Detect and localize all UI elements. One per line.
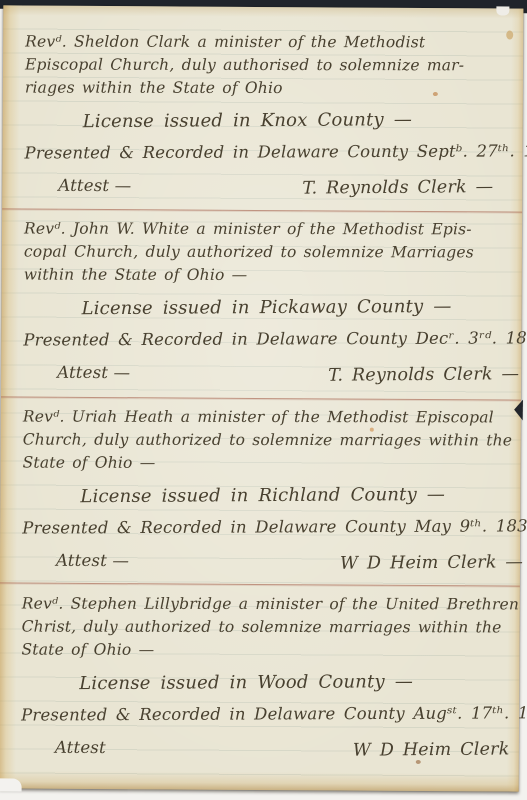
paper-chip: [0, 778, 22, 791]
attest-label: Attest —: [58, 176, 131, 195]
entry-text-line: Episcopal Church, duly authorised to sol…: [25, 54, 523, 78]
register-entry: Revᵈ. John W. White a minister of the Me…: [1, 209, 522, 399]
entry-text-line: Revᵈ. Sheldon Clark a minister of the Me…: [25, 31, 523, 55]
attestation-row: Attest — T. Reynolds Clerk —: [24, 176, 522, 203]
entry-text-line: State of Ohio —: [21, 639, 519, 663]
recorded-line: Presented & Recorded in Delaware County …: [24, 140, 522, 164]
license-line: License issued in Richland County —: [22, 484, 520, 509]
clerk-signature: T. Reynolds Clerk —: [328, 364, 519, 385]
entry-text-line: Church, duly authorized to solemnize mar…: [23, 429, 521, 453]
paper-chip: [496, 6, 509, 15]
license-line: License issued in Wood County —: [21, 670, 519, 695]
recorded-line: Presented & Recorded in Delaware County …: [22, 515, 520, 539]
page-content: Revᵈ. Sheldon Clark a minister of the Me…: [0, 5, 523, 791]
register-entry: Revᵈ. Stephen Lillybridge a minister of …: [0, 583, 520, 792]
entry-text-line: Christ, duly authorized to solemnize mar…: [22, 616, 520, 640]
attestation-row: Attest — W D Heim Clerk —: [22, 551, 520, 578]
clerk-signature: T. Reynolds Clerk —: [302, 177, 493, 198]
entry-text-line: copal Church, duly authorized to solemni…: [24, 241, 522, 265]
register-entry: Revᵈ. Uriah Heath a minister of the Meth…: [0, 397, 521, 585]
attest-label: Attest —: [56, 551, 129, 570]
recorded-line: Presented & Recorded in Delaware County …: [21, 702, 519, 726]
entry-text-line: Revᵈ. John W. White a minister of the Me…: [24, 218, 522, 242]
register-page: Revᵈ. Sheldon Clark a minister of the Me…: [0, 5, 523, 791]
recorded-line: Presented & Recorded in Delaware County …: [23, 327, 521, 351]
attest-label: Attest —: [57, 363, 130, 382]
clerk-signature: W D Heim Clerk: [353, 739, 510, 760]
clerk-signature: W D Heim Clerk —: [340, 552, 523, 573]
entry-text-line: Revᵈ. Uriah Heath a minister of the Meth…: [23, 406, 521, 430]
entry-text-line: State of Ohio —: [23, 452, 521, 476]
attestation-row: Attest — T. Reynolds Clerk —: [23, 363, 521, 390]
entry-text-line: Revᵈ. Stephen Lillybridge a minister of …: [22, 593, 520, 617]
entry-text-line: riages within the State of Ohio: [25, 77, 523, 101]
attest-label: Attest: [55, 738, 106, 757]
license-line: License issued in Knox County —: [25, 109, 523, 134]
entry-text-line: within the State of Ohio —: [24, 264, 522, 288]
license-line: License issued in Pickaway County —: [23, 296, 521, 321]
register-entry: Revᵈ. Sheldon Clark a minister of the Me…: [2, 5, 523, 211]
attestation-row: Attest W D Heim Clerk: [21, 738, 519, 765]
